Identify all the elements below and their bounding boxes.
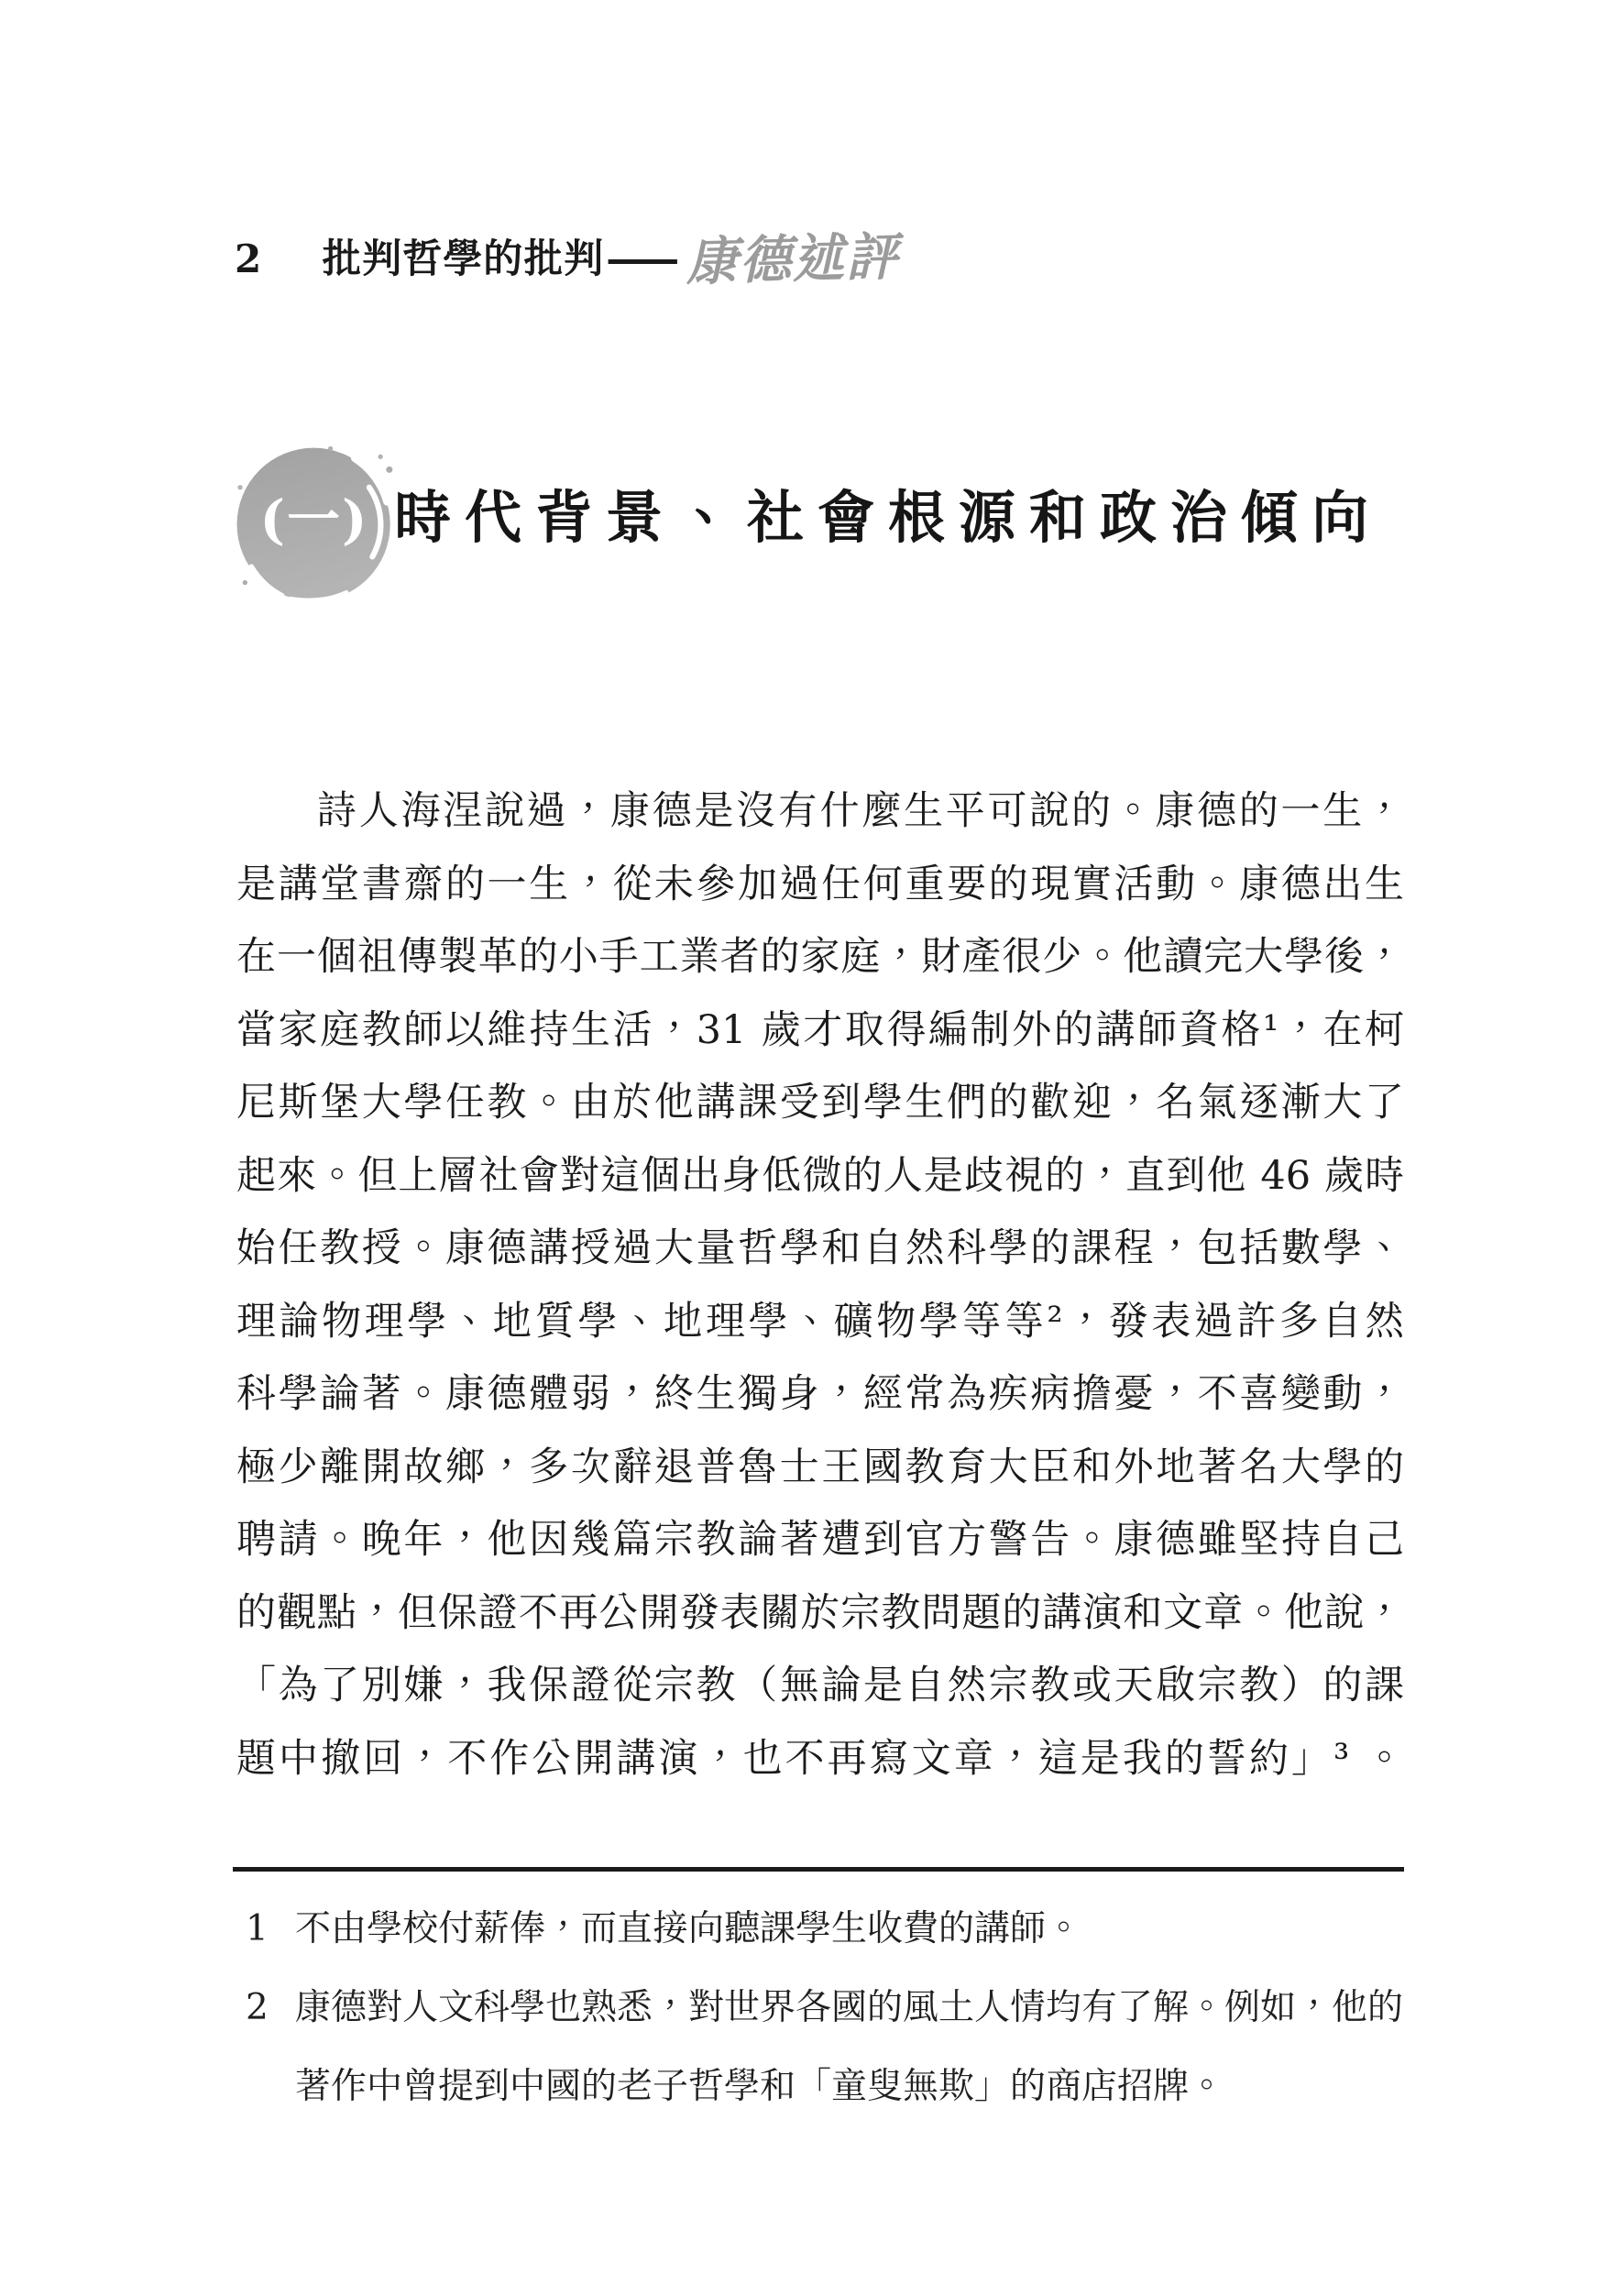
body-line: 聘請。晚年，他因幾篇宗教論著遭到官方警告。康德雖堅持自己 <box>236 1504 1404 1577</box>
body-line: 在一個祖傳製革的小手工業者的家庭，財產很少。他讀完大學後， <box>236 921 1404 994</box>
book-page: 2 批判哲學的批判 —— 康德述評 <box>0 0 1624 2273</box>
running-book-title: 批判哲學的批判 <box>322 240 604 280</box>
section-heading: (一) 時代背景、社會根源和政治傾向 <box>233 445 1408 638</box>
body-line: 科學論著。康德體弱，終生獨身，經常為疾病擔憂，不喜變動， <box>236 1358 1404 1432</box>
body-line: 始任教授。康德講授過大量哲學和自然科學的課程，包括數學、 <box>236 1213 1404 1286</box>
running-book-subtitle-calligraphy: 康德述評 <box>686 231 900 288</box>
footnote-text: 不由學校付薪俸，而直接向聽課學生收費的講師。 <box>295 1908 1081 1949</box>
body-line: 「為了別嫌，我保證從宗教（無論是自然宗教或天啟宗教）的課 <box>236 1650 1404 1723</box>
body-line: 理論物理學、地質學、地理學、礦物學等等²，發表過許多自然 <box>236 1286 1404 1359</box>
body-line: 起來。但上層社會對這個出身低微的人是歧視的，直到他 46 歲時 <box>236 1140 1404 1213</box>
body-line: 的觀點，但保證不再公開發表關於宗教問題的講演和文章。他說， <box>236 1577 1404 1651</box>
footnote-item: 2 康德對人文科學也熟悉，對世界各國的風土人情均有了解。例如，他的著作中曾提到中… <box>240 1969 1408 2126</box>
body-line: 極少離開故鄉，多次辭退普魯士王國教育大臣和外地著名大學的 <box>236 1432 1404 1505</box>
body-paragraph: 詩人海涅說過，康德是沒有什麼生平可說的。康德的一生， 是講堂書齋的一生，從未參加… <box>236 775 1404 1795</box>
running-header: 2 批判哲學的批判 —— 康德述評 <box>235 227 1408 291</box>
section-number-marker: (一) <box>233 493 396 546</box>
body-line: 尼斯堡大學任教。由於他講課受到學生們的歡迎，名氣逐漸大了 <box>236 1067 1404 1140</box>
title-dash: —— <box>606 240 674 280</box>
footnote-separator-rule <box>233 1867 1404 1872</box>
footnotes: 1 不由學校付薪俸，而直接向聽課學生收費的講師。 2 康德對人文科學也熟悉，對世… <box>240 1890 1408 2126</box>
body-line: 詩人海涅說過，康德是沒有什麼生平可說的。康德的一生， <box>236 775 1404 849</box>
footnote-number: 2 <box>246 1969 269 2048</box>
page-number: 2 <box>235 240 261 279</box>
section-title: 時代背景、社會根源和政治傾向 <box>394 489 1382 546</box>
body-line: 當家庭教師以維持生活，31 歲才取得編制外的講師資格¹，在柯 <box>236 994 1404 1068</box>
body-line: 題中撤回，不作公開講演，也不再寫文章，這是我的誓約」³ 。 <box>236 1723 1404 1796</box>
footnote-text: 康德對人文科學也熟悉，對世界各國的風土人情均有了解。例如，他的著作中曾提到中國的… <box>295 1987 1403 2107</box>
footnote-number: 1 <box>246 1890 269 1969</box>
body-line: 是講堂書齋的一生，從未參加過任何重要的現實活動。康德出生 <box>236 849 1404 922</box>
footnote-item: 1 不由學校付薪俸，而直接向聽課學生收費的講師。 <box>240 1890 1408 1969</box>
